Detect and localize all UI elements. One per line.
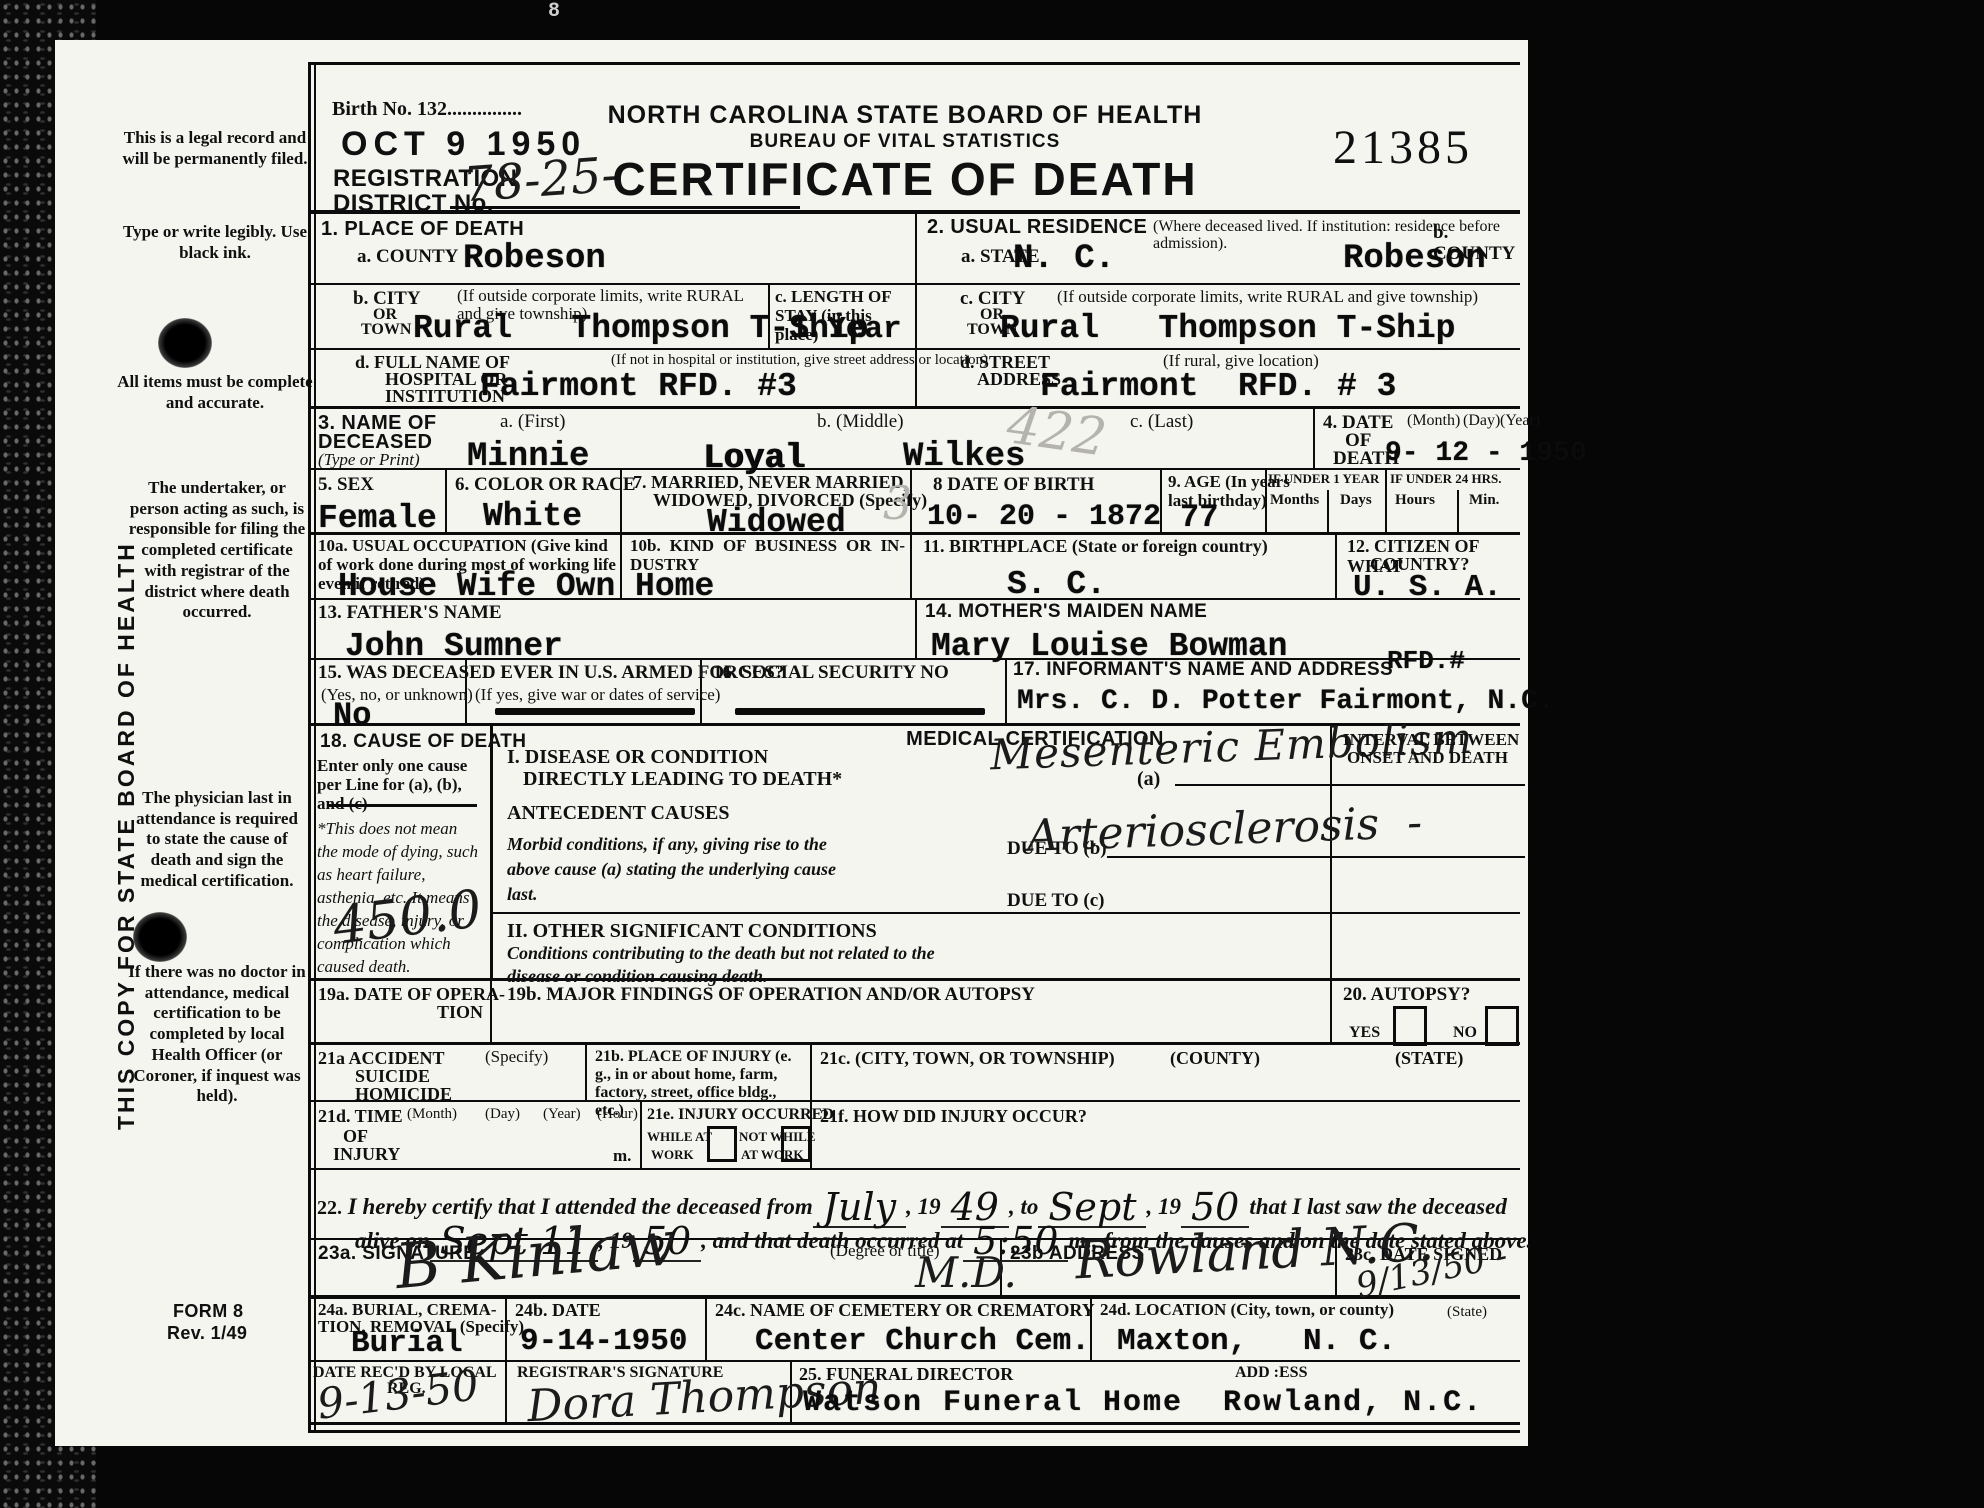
institution-value: Fairmont RFD. #3 bbox=[480, 370, 797, 403]
business-industry-label: 10b. KIND OF BUSINESS OR IN-DUSTRY bbox=[630, 536, 905, 574]
time-of-injury-label: INJURY bbox=[333, 1144, 400, 1164]
antecedent-causes-label: ANTECEDENT CAUSES bbox=[507, 802, 729, 824]
autopsy-no-checkbox[interactable] bbox=[1485, 1006, 1519, 1046]
sex-label: 5. SEX bbox=[318, 474, 374, 495]
city-label: TOWN bbox=[361, 321, 411, 339]
divider bbox=[308, 348, 1520, 350]
mothers-maiden-name-label: 14. MOTHER'S MAIDEN NAME bbox=[925, 602, 1207, 623]
disease-condition-label: I. DISEASE OR CONDITION bbox=[507, 746, 768, 768]
divider bbox=[308, 1168, 1520, 1170]
margin-note-no-doctor: If there was no doctor in attendance, me… bbox=[127, 962, 307, 1107]
while-at-work-checkbox[interactable] bbox=[707, 1126, 737, 1162]
age-value: 77 bbox=[1180, 502, 1218, 534]
middle-name-label: b. (Middle) bbox=[817, 412, 904, 433]
marital-status-value: Widowed bbox=[707, 506, 846, 539]
how-did-injury-occur-label: 21f. HOW DID INJURY OCCUR? bbox=[820, 1106, 1087, 1126]
funeral-director-value: Watson Funeral Home Rowland, N.C. bbox=[803, 1388, 1483, 1418]
residence-county-value: Robeson bbox=[1343, 242, 1486, 276]
injury-hour-hint: (Hour) bbox=[597, 1106, 638, 1122]
divider bbox=[490, 723, 493, 978]
burial-state-hint: (State) bbox=[1447, 1304, 1487, 1320]
occupation-value: House Wife Own Home bbox=[338, 570, 714, 603]
divider bbox=[1175, 784, 1525, 786]
interval-label: ONSET AND DEATH bbox=[1347, 748, 1508, 767]
burial-date-label: 24b. DATE bbox=[515, 1300, 601, 1320]
certify-item-number: 22. bbox=[317, 1197, 342, 1219]
divider bbox=[308, 62, 1520, 65]
divider bbox=[1327, 490, 1329, 532]
cemetery-name-value: Center Church Cem. bbox=[755, 1326, 1090, 1357]
date-of-operation-label: TION bbox=[437, 1002, 483, 1022]
pencil-annotation: 3 bbox=[883, 480, 912, 526]
color-race-label: 6. COLOR OR RACE bbox=[455, 474, 636, 495]
funeral-director-address-label: ADD :ESS bbox=[1235, 1364, 1307, 1382]
certificate-number: 21385 bbox=[1333, 120, 1473, 175]
divider bbox=[1335, 532, 1337, 598]
directly-leading-label: DIRECTLY LEADING TO DEATH* bbox=[523, 768, 842, 790]
form-revision: Rev. 1/49 bbox=[167, 1324, 247, 1344]
divider bbox=[1313, 406, 1315, 468]
funeral-director-label: 25. FUNERAL DIRECTOR bbox=[799, 1364, 1013, 1384]
armed-forces-service-hint: (If yes, give war or dates of service) bbox=[475, 686, 720, 704]
divider bbox=[308, 1042, 1520, 1045]
divider bbox=[705, 1295, 707, 1360]
injury-hour-m-label: m. bbox=[613, 1146, 631, 1165]
physician-degree-value: M.D. bbox=[915, 1252, 1017, 1294]
burial-date-value: 9-14-1950 bbox=[520, 1326, 687, 1357]
margin-note-undertaker: The undertaker, or person acting as such… bbox=[127, 478, 307, 623]
margin-vertical-copy-label: THIS COPY FOR STATE BOARD OF HEALTH bbox=[113, 420, 140, 1130]
board-title: NORTH CAROLINA STATE BOARD OF HEALTH bbox=[575, 102, 1235, 130]
place-county-value: Robeson bbox=[463, 242, 606, 276]
min-label: Min. bbox=[1469, 492, 1499, 509]
injury-year-hint: (Year) bbox=[543, 1106, 581, 1122]
divider bbox=[915, 598, 917, 658]
time-of-injury-label: 21d. TIME bbox=[318, 1106, 403, 1126]
day-hint: (Day) bbox=[1463, 412, 1500, 429]
divider bbox=[1385, 468, 1387, 532]
first-name-label: a. (First) bbox=[500, 412, 565, 433]
pencil-annotation: 422 bbox=[1004, 399, 1110, 464]
injury-state-label: (STATE) bbox=[1395, 1048, 1463, 1068]
scan-artifact-mark: 8 bbox=[548, 2, 560, 22]
interval-label: INTERVAL BETWEEN bbox=[1343, 730, 1519, 749]
autopsy-yes-checkbox[interactable] bbox=[1393, 1006, 1427, 1046]
other-significant-conditions-label: II. OTHER SIGNIFICANT CONDITIONS bbox=[507, 920, 877, 942]
if-under-24-hrs-label: IF UNDER 24 HRS. bbox=[1390, 472, 1501, 487]
month-hint: (Month) bbox=[1407, 412, 1460, 429]
burial-removal-value: Burial bbox=[351, 1328, 463, 1359]
citizen-value: U. S. A. bbox=[1353, 572, 1502, 603]
street-address-value: Fairmont RFD. # 3 bbox=[1040, 370, 1396, 403]
divider bbox=[910, 532, 912, 598]
divider bbox=[492, 912, 1520, 914]
autopsy-label: 20. AUTOPSY? bbox=[1343, 984, 1470, 1005]
bureau-subtitle: BUREAU OF VITAL STATISTICS bbox=[575, 132, 1235, 153]
middle-name-value: Loyal bbox=[703, 442, 805, 476]
fathers-name-value: John Sumner bbox=[345, 630, 563, 663]
last-name-label: c. (Last) bbox=[1130, 412, 1193, 433]
injury-county-label: (COUNTY) bbox=[1170, 1048, 1260, 1068]
divider bbox=[308, 1360, 1520, 1362]
major-findings-label: 19b. MAJOR FINDINGS OF OPERATION AND/OR … bbox=[507, 984, 1035, 1005]
blank-line bbox=[735, 708, 985, 715]
margin-note-physician: The physician last in attendance is requ… bbox=[127, 788, 307, 892]
divider bbox=[308, 62, 311, 1433]
residence-city-value: Rural Thompson T-Ship bbox=[1000, 312, 1455, 345]
date-of-death-value: 9- 12 - 1950 bbox=[1385, 440, 1587, 468]
birthplace-label: 11. BIRTHPLACE (State or foreign country… bbox=[923, 536, 1268, 556]
divider bbox=[308, 406, 1520, 409]
if-under-1-year-label: IF UNDER 1 YEAR bbox=[1268, 472, 1379, 487]
cause-of-death-label: 18. CAUSE OF DEATH bbox=[320, 732, 526, 753]
injury-month-hint: (Month) bbox=[407, 1106, 457, 1122]
divider bbox=[308, 1295, 1520, 1299]
while-at-work-label: WORK bbox=[651, 1148, 694, 1163]
divider bbox=[308, 1422, 1520, 1425]
divider bbox=[314, 62, 316, 1433]
cause-b-value: Arteriosclerosis - bbox=[1026, 801, 1422, 859]
autopsy-no-label: NO bbox=[1453, 1024, 1477, 1042]
armed-forces-value: No bbox=[333, 700, 371, 732]
certificate-page: This is a legal record and will be perma… bbox=[55, 40, 1528, 1446]
year-hint: (Year) bbox=[1500, 412, 1540, 429]
length-of-stay-value: 1 Year bbox=[790, 314, 902, 345]
burial-location-label: 24d. LOCATION (City, town, or county) bbox=[1100, 1300, 1394, 1319]
days-label: Days bbox=[1340, 492, 1372, 509]
first-name-value: Minnie bbox=[467, 440, 589, 474]
scanned-death-certificate: 8 This is a legal record and will be per… bbox=[0, 0, 1984, 1508]
due-to-c-label: DUE TO (c) bbox=[1007, 890, 1104, 911]
divider bbox=[505, 1360, 507, 1422]
divider bbox=[327, 804, 477, 807]
injury-occurred-label: 21e. INJURY OCCURRED bbox=[647, 1106, 834, 1124]
certificate-title: CERTIFICATE OF DEATH bbox=[575, 154, 1235, 205]
informant-rfd-value: RFD.# bbox=[1387, 648, 1465, 674]
birth-no: Birth No. 132............... bbox=[332, 98, 522, 120]
date-of-birth-label: 8 DATE OF BIRTH bbox=[933, 474, 1094, 495]
other-significant-conditions-note: Conditions contributing to the death but… bbox=[507, 942, 937, 989]
informant-value: Mrs. C. D. Potter Fairmont, N.C. bbox=[1017, 688, 1555, 716]
while-at-work-label: WHILE AT bbox=[647, 1130, 712, 1145]
specify-hint: (Specify) bbox=[485, 1048, 548, 1066]
divider bbox=[585, 1042, 587, 1100]
divider bbox=[450, 206, 800, 209]
accident-suicide-homicide-label: HOMICIDE bbox=[355, 1084, 452, 1104]
place-of-death-label: 1. PLACE OF DEATH bbox=[321, 218, 524, 240]
hours-label: Hours bbox=[1395, 492, 1435, 509]
fathers-name-label: 13. FATHER'S NAME bbox=[318, 602, 502, 623]
burial-location-value: Maxton, N. C. bbox=[1117, 1326, 1396, 1357]
divider bbox=[308, 1100, 1520, 1102]
usual-residence-label: 2. USUAL RESIDENCE bbox=[927, 216, 1147, 238]
morbid-conditions-note: Morbid conditions, if any, giving rise t… bbox=[507, 832, 837, 908]
form-number: FORM 8 bbox=[173, 1302, 243, 1322]
sex-value: Female bbox=[318, 502, 437, 535]
color-race-value: White bbox=[483, 500, 582, 533]
cemetery-name-label: 24c. NAME OF CEMETERY OR CREMATORY bbox=[715, 1300, 1095, 1320]
divider bbox=[1330, 978, 1332, 1042]
months-label: Months bbox=[1270, 492, 1319, 509]
margin-note-complete-accurate: All items must be complete and accurate. bbox=[115, 372, 315, 413]
punch-hole bbox=[158, 318, 212, 368]
county-label: a. COUNTY bbox=[357, 246, 458, 267]
divider bbox=[1457, 490, 1459, 532]
injury-day-hint: (Day) bbox=[485, 1106, 520, 1122]
informant-label: 17. INFORMANT'S NAME AND ADDRESS bbox=[1013, 660, 1393, 681]
type-or-print-hint: (Type or Print) bbox=[318, 451, 420, 469]
blank-line bbox=[495, 708, 695, 715]
divider bbox=[308, 1430, 1520, 1433]
margin-note-type-legibly: Type or write legibly. Use black ink. bbox=[115, 222, 315, 263]
divider bbox=[445, 468, 447, 532]
institution-hint: (If not in hospital or institution, give… bbox=[611, 352, 988, 368]
residence-state-value: N. C. bbox=[1013, 242, 1115, 276]
divider bbox=[308, 283, 1520, 285]
divider bbox=[915, 210, 917, 406]
margin-note-legal-record: This is a legal record and will be perma… bbox=[115, 128, 315, 169]
autopsy-yes-label: YES bbox=[1349, 1024, 1380, 1042]
residence-city-hint: (If outside corporate limits, write RURA… bbox=[1057, 288, 1507, 306]
divider bbox=[1005, 658, 1007, 723]
social-security-label: 16. SOCIAL SECURITY NO bbox=[713, 662, 949, 683]
birthplace-value: S. C. bbox=[1007, 568, 1106, 601]
not-while-at-work-checkbox[interactable] bbox=[781, 1126, 811, 1162]
date-of-birth-value: 10- 20 - 1872 bbox=[927, 502, 1161, 532]
injury-city-label: 21c. (CITY, TOWN, OR TOWNSHIP) bbox=[820, 1048, 1115, 1068]
punch-hole bbox=[133, 912, 187, 962]
